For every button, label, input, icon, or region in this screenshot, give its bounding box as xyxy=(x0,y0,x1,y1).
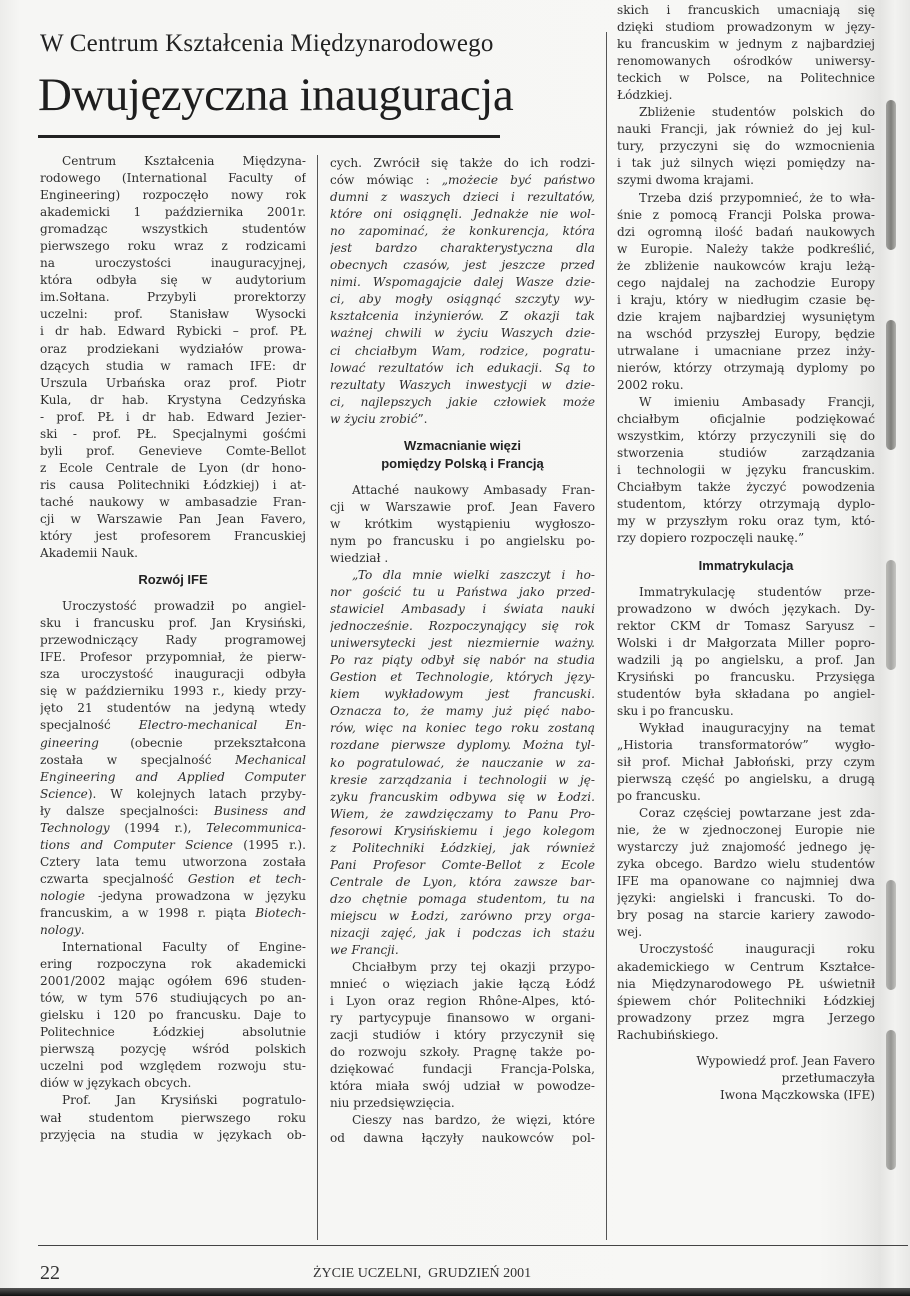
italic-text: dzo chętnie pomaga studentom, tu na xyxy=(330,892,595,906)
italic-text: Telecommunica- xyxy=(206,821,306,835)
text-line: miejscu w Łodzi, zarówno przy orga- xyxy=(330,908,595,925)
text-line: i tak już silnych więzi pomiędzy na- xyxy=(617,155,875,172)
text-line: i Lyon oraz region Rhône-Alpes, któ- xyxy=(330,993,595,1010)
text-line: Zbliżenie studentów polskich do xyxy=(617,104,875,121)
text-line: prowadzony przez mgra Jerzego xyxy=(617,1010,875,1027)
paragraph-gap xyxy=(330,473,595,482)
text-line: kresie zarządzania i technologii w ję- xyxy=(330,772,595,789)
text-line: szymi dwoma krajami. xyxy=(617,172,875,189)
text-line: renomowanych ośrodków uniwersy- xyxy=(617,53,875,70)
text: Politechnice Łódzkiej absolutnie xyxy=(40,1025,306,1039)
italic-text: nology xyxy=(40,923,81,937)
text: w krótkim wystąpieniu wygłoszo- xyxy=(330,517,595,531)
text-line: specjalność Electro-mechanical En- xyxy=(40,717,306,734)
text-line: zyka obcego. Bardzo wielu studentów xyxy=(617,856,875,873)
text-line: dzo chętnie pomaga studentom, tu na xyxy=(330,891,595,908)
text-line: Cztery lata temu utworzona została xyxy=(40,854,306,871)
text: taché naukowy w ambasadzie Fran- xyxy=(40,495,306,509)
text: czwarta specjalność xyxy=(40,872,188,886)
text-line: tury, przyczyni się do wzmocnienia xyxy=(617,138,875,155)
text: i Lyon oraz region Rhône-Alpes, któ- xyxy=(330,994,595,1008)
text: jęto 21 studentów na jedyną wtedy xyxy=(40,701,306,715)
text-line: W imieniu Ambasady Francji, xyxy=(617,394,875,411)
text-line: pierwszą część po angielsku, a drugą xyxy=(617,771,875,788)
italic-text: ci chciałbym Wam, rodzice, pogratu- xyxy=(330,344,595,358)
text: rzy dopiero rozpoczęli naukę.” xyxy=(617,531,804,545)
text-line: sku i francusku prof. Jan Krysiński, xyxy=(40,615,306,632)
scan-edge-shadow xyxy=(0,1288,910,1296)
text-line: nologie -jedyna prowadzona w języku xyxy=(40,888,306,905)
text-line: im.Sołtana. Przybyli prorektorzy xyxy=(40,289,306,306)
text-line: rezultaty Waszych inwestycji w dzie- xyxy=(330,377,595,394)
text: Chciałbym także życzyć powodzenia xyxy=(617,480,875,494)
text-line: skich i francuskich umacniają się xyxy=(617,2,875,19)
text: teckich w Polsce, na Politechnice xyxy=(617,71,875,85)
text-line: dumni z waszych dzieci i rezultatów, xyxy=(330,189,595,206)
text: która miała swój udział w powodze- xyxy=(330,1079,595,1093)
italic-text: miejscu w Łodzi, zarówno przy orga- xyxy=(330,909,595,923)
text: że zbliżenie naukowców kraju leżą- xyxy=(617,259,875,273)
text-line: gielsku i 120 po francusku. Daje to xyxy=(40,1007,306,1024)
text-line: 2001/2002 mając ogółem 696 studen- xyxy=(40,973,306,990)
text-line: gineering (obecnie przekształcona xyxy=(40,735,306,752)
text-line: Wiem, że zawdzięczamy to Panu Pro- xyxy=(330,806,595,823)
text: studentów była składana po angiel- xyxy=(617,687,875,701)
text: sza uroczystość inauguracji odbyła xyxy=(40,667,306,681)
text-line: została w specjalność Mechanical xyxy=(40,752,306,769)
text-line: Trzeba dziś przypomnieć, że to wła- xyxy=(617,190,875,207)
text: ry partycypuje finansowo w organi- xyxy=(330,1011,595,1025)
text: się w październiku 1993 r., kiedy przy- xyxy=(40,684,306,698)
text-line: Rachubińskiego. xyxy=(617,1027,875,1044)
text-line: francuskim, a w 1998 r. piąta Biotech- xyxy=(40,905,306,922)
text-line: Iwona Mączkowska (IFE) xyxy=(617,1087,875,1104)
text: renomowanych ośrodków uniwersy- xyxy=(617,54,875,68)
text: akademickiego w Centrum Kształce- xyxy=(617,960,875,974)
text-line: Attaché naukowy Ambasady Fran- xyxy=(330,482,595,499)
text: nierów, którzy otrzymają dyplomy po xyxy=(617,361,875,375)
text: W imieniu Ambasady Francji, xyxy=(639,395,875,409)
text-line: Engineering and Applied Computer xyxy=(40,769,306,786)
italic-text: nimi. Wspomagajcie dalej Wasze dzie- xyxy=(330,275,595,289)
binding-shadow xyxy=(886,560,896,670)
text-line: Engineering) rozpoczęło nowy rok xyxy=(40,187,306,204)
text-line: chciałbym oficjalnie podziękować xyxy=(617,411,875,428)
text-line: zyku francuskim odbywa się w Łodzi. xyxy=(330,789,595,806)
text: ły dalsze specjalności: xyxy=(40,804,214,818)
text-line: śnie z pomocą Francji Polska prowa- xyxy=(617,207,875,224)
text-line: lować rezultatów ich edukacji. Są to xyxy=(330,360,595,377)
section-heading: Rozwój IFE xyxy=(40,571,306,589)
text-line: jednocześnie. Rozpoczynający się rok xyxy=(330,618,595,635)
text-line: akademickiego w Centrum Kształce- xyxy=(617,959,875,976)
italic-text: uniwersytecki jest niezmiernie ważny. xyxy=(330,636,595,650)
text-line: dziękować fundacji Francja-Polska, xyxy=(330,1061,595,1078)
text-line: śpiewem chór Politechniki Łódzkiej xyxy=(617,993,875,1010)
text: nauki Francji, jak również do jej kul- xyxy=(617,122,875,136)
text: pierwszego roku wraz z rodzicami xyxy=(40,239,306,253)
text-line: tów, w tym 576 studiujących po an- xyxy=(40,990,306,1007)
italic-text: rezultaty Waszych inwestycji w dzie- xyxy=(330,378,595,392)
text: chciałbym oficjalnie podziękować xyxy=(617,412,875,426)
italic-text: Business and xyxy=(214,804,306,818)
text: Wykład inauguracyjny na temat xyxy=(639,721,875,735)
text-line: nology. xyxy=(40,922,306,939)
text: Iwona Mączkowska (IFE) xyxy=(720,1088,875,1102)
text-line: Wypowiedź prof. Jean Favero xyxy=(617,1053,875,1070)
text-line: Pani Profesor Comte-Bellot z Ecole xyxy=(330,857,595,874)
paragraph-gap xyxy=(40,589,306,598)
text: od dawna łączyły naukowców pol- xyxy=(330,1131,595,1145)
text-line: ris causa Politechniki Łódzkiej) i at- xyxy=(40,477,306,494)
text-line: stawiciel Ambasady i świata nauki xyxy=(330,601,595,618)
text-line: niu przedsięwzięcia. xyxy=(330,1095,595,1112)
text: po francusku. xyxy=(617,789,701,803)
text: wystarczy już znajomość jednego ję- xyxy=(617,840,875,854)
italic-text: w życiu zrobić xyxy=(330,412,418,426)
text: Krysiński po francusku. Przysięga xyxy=(617,670,875,684)
italic-text: „możecie być państwo xyxy=(442,173,595,187)
text: utrwalane i umacniane przez inży- xyxy=(617,344,875,358)
text: Rachubińskiego. xyxy=(617,1028,719,1042)
text-line: kształcenia inżynierów. Z okazji tak xyxy=(330,308,595,325)
text: śpiewem chór Politechniki Łódzkiej xyxy=(617,994,875,1008)
publication-footer: ŻYCIE UCZELNI, GRUDZIEŃ 2001 xyxy=(313,1266,531,1282)
text: IFE ma opanowane co najmniej dwa xyxy=(617,874,875,888)
text: Engineering) rozpoczęło nowy rok xyxy=(40,188,306,202)
text-line: zacji studiów i który przyczynił się xyxy=(330,1027,595,1044)
binding-shadow xyxy=(886,880,896,990)
italic-text: dumni z waszych dzieci i rezultatów, xyxy=(330,190,595,204)
text: Uroczystość prowadził po angiel- xyxy=(62,599,306,613)
text: który jest profesorem Francuskiej xyxy=(40,529,306,543)
text-line: uczelni pod względem rozwoju stu- xyxy=(40,1058,306,1075)
binding-shadow xyxy=(886,100,896,250)
text-line: rzy dopiero rozpoczęli naukę.” xyxy=(617,530,875,547)
italic-text: Mechanical xyxy=(235,753,306,767)
text: Centrum Kształcenia Międzyna- xyxy=(62,154,306,168)
text: gielsku i 120 po francusku. Daje to xyxy=(40,1008,306,1022)
text-line: uniwersytecki jest niezmiernie ważny. xyxy=(330,635,595,652)
text-line: nimi. Wspomagajcie dalej Wasze dzie- xyxy=(330,274,595,291)
italic-text: z Politechniki Łódzkiej, jak również xyxy=(330,841,595,855)
text-line: nia Międzynarodowego PŁ uświetnił xyxy=(617,976,875,993)
page-number: 22 xyxy=(40,1262,60,1285)
text-line: ering rozpoczyna rok akademicki xyxy=(40,956,306,973)
text: z Ecole Centrale de Lyon (dr hono- xyxy=(40,461,306,475)
text-line: teckich w Polsce, na Politechnice xyxy=(617,70,875,87)
text: (1995 r.). xyxy=(233,838,306,852)
text-line: Centrale de Lyon, która zawsze bar- xyxy=(330,874,595,891)
text: sił prof. Michał Jabłoński, przy czym xyxy=(617,755,875,769)
text: francuskim, a w 1998 r. piąta xyxy=(40,906,255,920)
italic-text: Technology xyxy=(40,821,110,835)
text: byli prof. Genevieve Comte-Bellot xyxy=(40,444,306,458)
text-line: oraz prodziekani wydziałów prowa- xyxy=(40,341,306,358)
text: ski - prof. PŁ. Specjalnymi gośćmi xyxy=(40,427,306,441)
text: ). W kolejnych latach przyby- xyxy=(88,787,306,801)
text-line: utrwalane i umacniane przez inży- xyxy=(617,343,875,360)
text-line: wiedział . xyxy=(330,550,595,567)
text-line: akademicki 1 października 2001r. xyxy=(40,204,306,221)
text-line: nym po francusku i po angielsku po- xyxy=(330,533,595,550)
text-line: na uroczystości inauguracyjnej, xyxy=(40,255,306,272)
text: przetłumaczyła xyxy=(782,1071,875,1085)
text-line: Uroczystość prowadził po angiel- xyxy=(40,598,306,615)
text-line: wszystkim, którzy przyczynili się do xyxy=(617,428,875,445)
text-line: cych. Zwrócił się także do ich rodzi- xyxy=(330,155,595,172)
text-line: wej. xyxy=(617,924,875,941)
text: i technologii w języku francuskim. xyxy=(617,463,875,477)
text: Kula, dr hab. Krystyna Cedzyńska xyxy=(40,393,306,407)
text: uczelni: prof. Stanisław Wysocki xyxy=(40,307,306,321)
text-line: jest bardzo charakterystyczna dla xyxy=(330,240,595,257)
text: Wolski i dr Małgorzata Miller popro- xyxy=(617,636,875,650)
text-line: dzie krajem najbardziej wysuniętym xyxy=(617,309,875,326)
section-heading: pomiędzy Polską i Francją xyxy=(330,455,595,473)
text: Trzeba dziś przypomnieć, że to wła- xyxy=(639,191,875,205)
text-line: uczelni: prof. Stanisław Wysocki xyxy=(40,306,306,323)
text-line: sku i po francusku. xyxy=(617,703,875,720)
italic-text: gineering xyxy=(40,736,99,750)
italic-text: nor gościć tu u Państwa jako przed- xyxy=(330,585,595,599)
text-line: Gestion et Technologie, których języ- xyxy=(330,669,595,686)
text-line: w życiu zrobić”. xyxy=(330,411,595,428)
text: my w przyszłym roku oraz tym, któ- xyxy=(617,514,875,528)
text: dzi ogromną ilość badań naukowych xyxy=(617,225,875,239)
text: Immatrykulację studentów prze- xyxy=(639,585,875,599)
text-line: nor gościć tu u Państwa jako przed- xyxy=(330,584,595,601)
text-line: ważnej chwili w życiu Waszych dzie- xyxy=(330,325,595,342)
italic-text: nologie xyxy=(40,889,85,903)
text-line: Urszula Urbańska oraz prof. Piotr xyxy=(40,375,306,392)
text-line: na wschód przyszłej Europy, będzie xyxy=(617,326,875,343)
text-line: sił prof. Michał Jabłoński, przy czym xyxy=(617,754,875,771)
text-line: IFE ma opanowane co najmniej dwa xyxy=(617,873,875,890)
italic-text: obecnych czasów, jest jeszcze przed xyxy=(330,258,595,272)
text: Akademii Nauk. xyxy=(40,546,138,560)
text: przyjęcia na studia w językach ob- xyxy=(40,1128,306,1142)
text: na wschód przyszłej Europy, będzie xyxy=(617,327,875,341)
text-line: Science). W kolejnych latach przyby- xyxy=(40,786,306,803)
text-line: ku francuskim w jednym z najbardziej xyxy=(617,36,875,53)
italic-text: rów, więc na koniec tego roku zostaną xyxy=(330,721,595,735)
italic-text: ko pogratulować, że nauczanie w za- xyxy=(330,756,595,770)
text-line: „Historia transformatorów” wygło- xyxy=(617,737,875,754)
text: cego najdalej na zachodzie Europy xyxy=(617,276,875,290)
text: wiedział . xyxy=(330,551,388,565)
text-line: fesorowi Krysińskiemu i jego kolegom xyxy=(330,823,595,840)
text-line: Łódzkiej. xyxy=(617,87,875,104)
article-column-1: Centrum Kształcenia Międzyna-rodowego (I… xyxy=(40,153,306,1144)
text: - prof. PŁ i dr hab. Edward Jezier- xyxy=(40,410,306,424)
text-line: mnieć o więziach jakie łączą Łódź xyxy=(330,976,595,993)
text-line: Immatrykulację studentów prze- xyxy=(617,584,875,601)
text: ku francuskim w jednym z najbardziej xyxy=(617,37,875,51)
text-line: bry posag na starcie kariery zawodo- xyxy=(617,907,875,924)
italic-text: jednocześnie. Rozpoczynający się rok xyxy=(330,619,595,633)
text-line: Politechnice Łódzkiej absolutnie xyxy=(40,1024,306,1041)
text: Cieszy nas bardzo, że więzi, które xyxy=(352,1113,595,1127)
text-line: dzi ogromną ilość badań naukowych xyxy=(617,224,875,241)
text-line: taché naukowy w ambasadzie Fran- xyxy=(40,494,306,511)
text-line: my w przyszłym roku oraz tym, któ- xyxy=(617,513,875,530)
text: wszystkim, którzy przyczynili się do xyxy=(617,429,875,443)
text-line: ci chciałbym Wam, rodzice, pogratu- xyxy=(330,343,595,360)
text-line: diów w językach obcych. xyxy=(40,1075,306,1092)
title-rule xyxy=(38,135,500,138)
text: niu przedsięwzięcia. xyxy=(330,1096,455,1110)
text: została w specjalność xyxy=(40,753,235,767)
text-line: wadzili ją po angielsku, a prof. Jan xyxy=(617,652,875,669)
italic-text: ważnej chwili w życiu Waszych dzie- xyxy=(330,326,595,340)
text-line: rozdane pierwsze dyplomy. Można tyl- xyxy=(330,737,595,754)
text: „Historia transformatorów” wygło- xyxy=(617,738,875,752)
italic-text: stawiciel Ambasady i świata nauki xyxy=(330,602,595,616)
italic-text: Po raz piąty odbył się nabór na studia xyxy=(330,653,595,667)
binding-shadow xyxy=(886,320,896,450)
text-line: Akademii Nauk. xyxy=(40,545,306,562)
text-line: studentom, którzy otrzymają dyplo- xyxy=(617,496,875,513)
text-line: rodowego (International Faculty of xyxy=(40,170,306,187)
text-line: no zapominać, że konkurencja, która xyxy=(330,223,595,240)
text-line: cji w Warszawie Pan Jean Favero, xyxy=(40,511,306,528)
text: dzących studia w ramach IFE: dr xyxy=(40,359,306,373)
text: na uroczystości inauguracyjnej, xyxy=(40,256,306,270)
text-line: Kula, dr hab. Krystyna Cedzyńska xyxy=(40,392,306,409)
text-line: Po raz piąty odbył się nabór na studia xyxy=(330,652,595,669)
text-line: Prof. Jan Krysiński pogratulo- xyxy=(40,1092,306,1109)
text-line: przyjęcia na studia w językach ob- xyxy=(40,1127,306,1144)
italic-text: Science xyxy=(40,787,88,801)
text-line: stworzenia studiów zarządzania xyxy=(617,445,875,462)
text-line: sza uroczystość inauguracji odbyła xyxy=(40,666,306,683)
text: Uroczystość inauguracji roku xyxy=(639,942,875,956)
text: do rozwoju szkoły. Pragnę także po- xyxy=(330,1045,595,1059)
text: mnieć o więziach jakie łączą Łódź xyxy=(330,977,595,991)
text: . xyxy=(81,923,85,937)
text: ców mówiąc : xyxy=(330,173,442,187)
text-line: Wykład inauguracyjny na temat xyxy=(617,720,875,737)
text-line: cego najdalej na zachodzie Europy xyxy=(617,275,875,292)
text-line: dzących studia w ramach IFE: dr xyxy=(40,358,306,375)
text-line: wystarczy już znajomość jednego ję- xyxy=(617,839,875,856)
text-line: Chciałbym także życzyć powodzenia xyxy=(617,479,875,496)
text-line: języki: angielski i francuski. To do- xyxy=(617,890,875,907)
text: ”. xyxy=(418,412,428,426)
text-line: rów, więc na koniec tego roku zostaną xyxy=(330,720,595,737)
text-line: pierwszą pozycję wśród polskich xyxy=(40,1041,306,1058)
text: sku i francusku prof. Jan Krysiński, xyxy=(40,616,306,630)
text: prowadzono w dwóch językach. Dy- xyxy=(617,602,875,616)
italic-text: kresie zarządzania i technologii w ję- xyxy=(330,773,595,787)
section-heading: Immatrykulacja xyxy=(617,557,875,575)
text-line: IFE. Profesor przypomniał, że pierw- xyxy=(40,649,306,666)
text: Łódzkiej. xyxy=(617,88,672,102)
italic-text: „To dla mnie wielki zaszczyt i ho- xyxy=(352,568,595,582)
text: specjalność xyxy=(40,718,139,732)
text-line: ski - prof. PŁ. Specjalnymi gośćmi xyxy=(40,426,306,443)
text: która odbyła się w audytorium xyxy=(40,273,306,287)
text: rodowego (International Faculty of xyxy=(40,171,306,185)
italic-text: tions and Computer Science xyxy=(40,838,233,852)
text-line: jęto 21 studentów na jedyną wtedy xyxy=(40,700,306,717)
text: i dr hab. Edward Rybicki – prof. PŁ xyxy=(40,324,306,338)
text: i kraju, który w niedługim czasie bę- xyxy=(617,293,875,307)
paragraph-gap xyxy=(617,575,875,584)
text-line: która miała swój udział w powodze- xyxy=(330,1078,595,1095)
italic-text: Biotech- xyxy=(255,906,306,920)
article-column-2: cych. Zwrócił się także do ich rodzi-ców… xyxy=(330,155,595,1147)
text-line: w Europie. Należy także podkreślić, xyxy=(617,241,875,258)
text-line: Technology (1994 r.), Telecommunica- xyxy=(40,820,306,837)
column-divider xyxy=(606,32,607,1240)
text-line: studentów była składana po angiel- xyxy=(617,686,875,703)
text-line: gromadząc wszystkich studentów xyxy=(40,221,306,238)
text-line: byli prof. Genevieve Comte-Bellot xyxy=(40,443,306,460)
text-line: i technologii w języku francuskim. xyxy=(617,462,875,479)
text-line: Oznacza to, że mamy już pięć nabo- xyxy=(330,703,595,720)
text: sku i po francusku. xyxy=(617,704,734,718)
text: zyka obcego. Bardzo wielu studentów xyxy=(617,857,875,871)
paragraph-gap xyxy=(617,1044,875,1053)
italic-text: Oznacza to, że mamy już pięć nabo- xyxy=(330,704,595,718)
text-line: po francusku. xyxy=(617,788,875,805)
text: stworzenia studiów zarządzania xyxy=(617,446,875,460)
article-title: Dwujęzyczna inauguracja xyxy=(38,68,513,122)
text: Attaché naukowy Ambasady Fran- xyxy=(352,483,595,497)
text: i tak już silnych więzi pomiędzy na- xyxy=(617,156,875,170)
text-line: ci, najlepszych jakie człowiek może xyxy=(330,394,595,411)
text: tury, przyczyni się do wzmocnienia xyxy=(617,139,875,153)
text: Chciałbym przy tej okazji przypo- xyxy=(352,960,595,974)
text: cych. Zwrócił się także do ich rodzi- xyxy=(330,156,595,170)
italic-text: Wiem, że zawdzięczamy to Panu Pro- xyxy=(330,807,595,821)
footer-rule xyxy=(38,1245,908,1246)
italic-text: zyku francuskim odbywa się w Łodzi. xyxy=(330,790,595,804)
text: skich i francuskich umacniają się xyxy=(617,3,875,17)
text: zacji studiów i który przyczynił się xyxy=(330,1028,595,1042)
section-heading: Wzmacnianie więzi xyxy=(330,437,595,455)
text-line: od dawna łączyły naukowców pol- xyxy=(330,1130,595,1147)
italic-text: rozdane pierwsze dyplomy. Można tyl- xyxy=(330,738,595,752)
magazine-page: W Centrum Kształcenia Międzynarodowego D… xyxy=(0,0,910,1296)
text: Prof. Jan Krysiński pogratulo- xyxy=(62,1093,306,1107)
text: śnie z pomocą Francji Polska prowa- xyxy=(617,208,875,222)
text: języki: angielski i francuski. To do- xyxy=(617,891,875,905)
text: International Faculty of Engine- xyxy=(62,940,306,954)
text: bry posag na starcie kariery zawodo- xyxy=(617,908,875,922)
text: Urszula Urbańska oraz prof. Piotr xyxy=(40,376,306,390)
text: dzięki studiom prowadzonym w języ- xyxy=(617,20,875,34)
column-divider xyxy=(317,155,318,1240)
text-line: do rozwoju szkoły. Pragnę także po- xyxy=(330,1044,595,1061)
text-line: ły dalsze specjalności: Business and xyxy=(40,803,306,820)
text: wej. xyxy=(617,925,642,939)
text-line: rektor CKM dr Tomasz Saryusz – xyxy=(617,618,875,635)
article-column-3: skich i francuskich umacniają siędzięki … xyxy=(617,2,875,1104)
text-line: ry partycypuje finansowo w organi- xyxy=(330,1010,595,1027)
text: oraz prodziekani wydziałów prowa- xyxy=(40,342,306,356)
text: wał studentom pierwszego roku xyxy=(40,1111,306,1125)
binding-shadow xyxy=(886,1030,896,1170)
text: tów, w tym 576 studiujących po an- xyxy=(40,991,306,1005)
italic-text: nizacji zajęć, jak i podczas ich stażu xyxy=(330,926,595,940)
italic-text: Gestion et tech- xyxy=(188,872,306,886)
text-line: 2002 roku. xyxy=(617,377,875,394)
text: dziękować fundacji Francja-Polska, xyxy=(330,1062,595,1076)
text-line: - prof. PŁ i dr hab. Edward Jezier- xyxy=(40,409,306,426)
